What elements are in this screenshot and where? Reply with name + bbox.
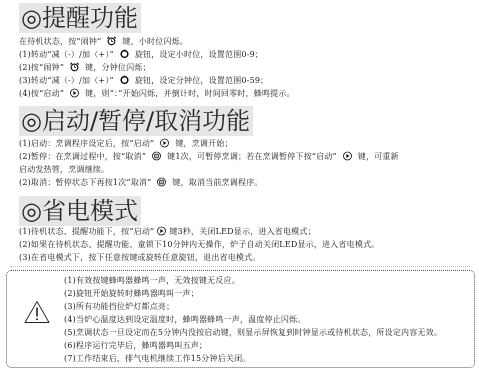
text: (3)转动“减（-）/加（+）” [19,76,114,85]
text: (1)启动：烹调程序设定后，按“启动” [19,139,154,148]
heading-reminder: ◎提醒功能 [19,3,141,33]
notice-item-5: (6)程序运行完毕后，蜂鸣器鸣叫五声； [64,340,207,351]
text: 旋钮，设定小时位，设置范围0-9； [135,50,263,59]
notice-item-0: (1)有效按键蜂鸣器蜂鸣一声，无效按键无反应。 [64,275,240,286]
text: 键，可重新 [358,152,399,161]
start-icon [159,138,170,148]
text: 键，烹调开始； [175,139,232,148]
text: 键，小时位闪烁。 [122,37,188,46]
ps-line-0: (1)待机状态、提醒功能下，按“启动”键3秒，关闭LED显示，进入省电模式； [19,226,316,237]
spc-line-1: (2)暂停：在烹调过程中，按“取消”键1次，可暂停烹调；若在烹调暂停下按“启动”… [19,151,399,162]
notice-item-4: (5)烹调状态一旦设定而在5分钟内没按启动键，则显示屏恢复到时钟显示或待机状态，… [64,327,442,338]
reminder-line-0: 在待机状态，按“闹钟”键，小时位闪烁。 [19,36,188,47]
cancel-icon [156,177,167,187]
text: (2)按“闹钟” [19,63,64,72]
heading-start-pause-cancel: ◎启动/暂停/取消功能 [19,106,253,136]
text: (2)暂停：在烹调过程中，按“取消” [19,152,146,161]
start-icon [342,151,353,161]
reminder-line-2: (2)按“闹钟”键，分钟位闪烁； [19,62,151,73]
knob-icon [119,75,130,85]
text: 键1次，可暂停烹调；若在烹调暂停下按“启动” [167,152,337,161]
text: (1)待机状态、提醒功能下，按“启动” [19,227,154,236]
text: 键，分钟位闪烁； [85,63,151,72]
ps-line-1: (2)如果在待机状态、提醒功能、童锁下10分钟内无操作，炉子自动关闭LED显示，… [19,239,379,250]
alarm-clock-icon [106,36,117,46]
start-icon [69,88,80,98]
spc-line-2: 启动发热管，烹调继续。 [19,164,109,175]
text: 在待机状态，按“闹钟” [19,37,101,46]
text: (2)如果在待机状态、提醒功能、童锁下10分钟内无操作，炉子自动关闭LED显示，… [19,240,379,249]
cancel-icon [151,151,162,161]
text: (1)转动“减（-）/加（+）” [19,50,114,59]
reminder-line-4: (4)按“启动”键，则“：”开始闪烁，并倒计时，时间回零时，蜂鸣提示。 [19,88,295,99]
spc-line-3: (2)取消：暂停状态下再按1次“取消”键，取消当前烹调程序。 [19,177,263,188]
reminder-line-3: (3)转动“减（-）/加（+）”旋钮，设定分钟位，设置范围0-59； [19,75,268,86]
text: (4)按“启动” [19,89,64,98]
text: 键，则“：”开始闪烁，并倒计时，时间回零时，蜂鸣提示。 [85,89,295,98]
notice-item-6: (7)工作结束后，排气电机继续工作15分钟后关闭。 [64,353,251,364]
alarm-clock-icon [69,62,80,72]
heading-power-saving: ◎省电模式 [19,196,141,226]
text: 旋钮，设定分钟位，设置范围0-59； [135,76,269,85]
text: (3)在省电模式下，按下任意按键或旋转任意旋钮，退出省电模式。 [19,253,261,262]
warning-triangle-icon [24,300,50,324]
ps-line-2: (3)在省电模式下，按下任意按键或旋转任意旋钮，退出省电模式。 [19,252,261,263]
spc-line-0: (1)启动：烹调程序设定后，按“启动”键，烹调开始； [19,138,233,149]
divider [10,266,470,267]
start-icon [156,226,167,236]
notice-item-1: (2)旋钮开始旋转时蜂鸣器鸣叫一声； [64,288,199,299]
text: 键3秒，关闭LED显示，进入省电模式； [169,227,315,236]
text: 启动发热管，烹调继续。 [19,165,109,174]
notice-item-2: (3)所有功能挡位炉灯都点亮； [64,301,174,312]
reminder-line-1: (1)转动“减（-）/加（+）”旋钮，设定小时位，设置范围0-9； [19,49,263,60]
text: (2)取消：暂停状态下再按1次“取消” [19,178,151,187]
text: 键，取消当前烹调程序。 [172,178,262,187]
knob-icon [119,49,130,59]
notice-item-3: (4)当炉心温度达到设定温度时，蜂鸣器蜂鸣一声，温度停止闪烁。 [64,314,306,325]
